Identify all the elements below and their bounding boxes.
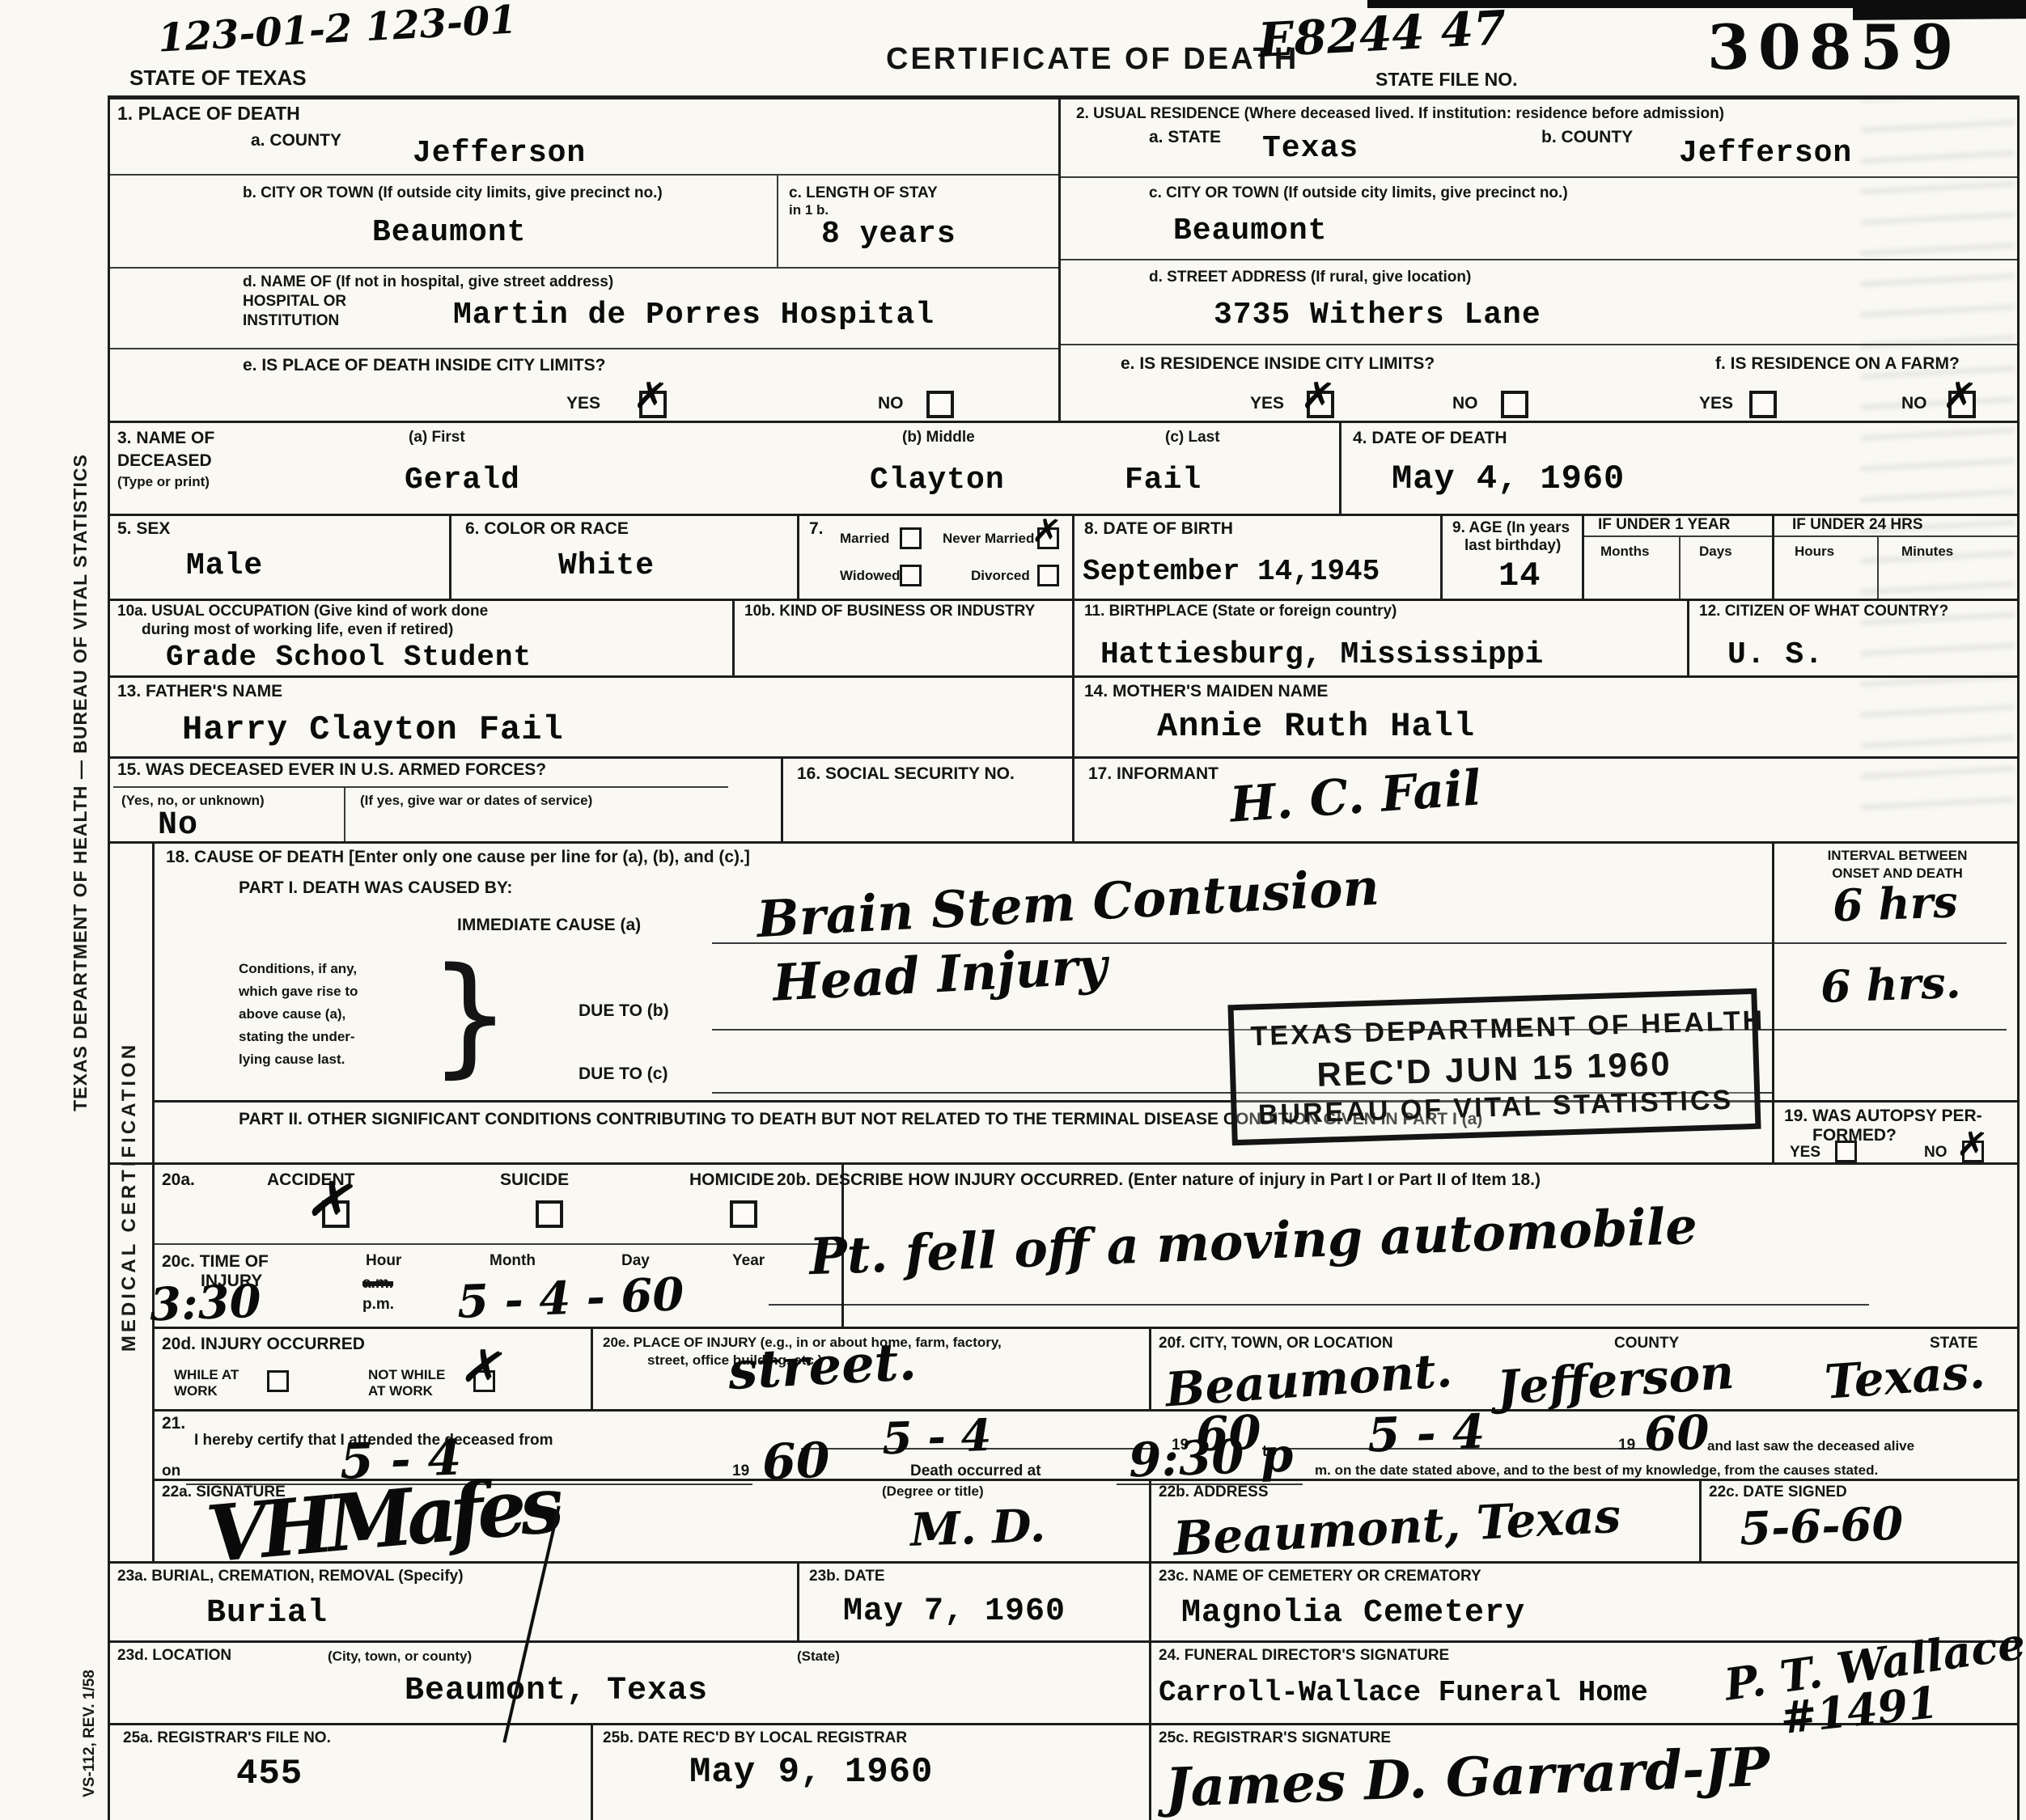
due-to-c-label: DUE TO (c)	[579, 1064, 668, 1084]
marital-label: 7.	[809, 519, 824, 539]
sex-label: 5. SEX	[117, 519, 170, 539]
conditions-brace: }	[429, 950, 511, 1080]
received-stamp: TEXAS DEPARTMENT OF HEALTH REC'D JUN 15 …	[1227, 988, 1761, 1145]
cemetery-label: 23c. NAME OF CEMETERY OR CREMATORY	[1159, 1568, 1481, 1585]
date-of-death-value: May 4, 1960	[1392, 459, 1625, 498]
res-county-label: b. COUNTY	[1541, 128, 1633, 147]
res-farm-no-mark: ✗	[1941, 375, 1979, 417]
ssn-label: 16. SOCIAL SECURITY NO.	[797, 764, 1015, 784]
place-of-injury-value: street.	[727, 1331, 918, 1402]
if-under-1-year-label: IF UNDER 1 YEAR	[1598, 516, 1730, 533]
name-label-2: DECEASED	[117, 451, 212, 471]
armed-forces-sub-2: (If yes, give war or dates of service)	[360, 793, 592, 808]
mother-name-value: Annie Ruth Hall	[1157, 707, 1475, 746]
bleed-through-smudge	[1861, 97, 2015, 825]
hour-label: Hour	[366, 1252, 401, 1269]
age-label-1: 9. AGE (In years	[1452, 519, 1570, 536]
widowed-label: Widowed	[840, 568, 900, 583]
burial-label: 23a. BURIAL, CREMATION, REMOVAL (Specify…	[117, 1568, 464, 1585]
certify-from-date: 5 - 4	[881, 1409, 992, 1465]
res-street-value: 3735 Withers Lane	[1214, 298, 1541, 332]
certificate-title: CERTIFICATE OF DEATH	[886, 42, 1299, 77]
never-married-mark: ✗	[1030, 513, 1063, 550]
burial-location-label: 23d. LOCATION	[117, 1647, 231, 1664]
divorced-checkbox	[1037, 565, 1059, 586]
certify-text-2: and last saw the deceased alive	[1707, 1438, 1914, 1454]
res-county-value: Jefferson	[1679, 136, 1852, 171]
physician-address-label: 22b. ADDRESS	[1159, 1484, 1269, 1500]
am-crossed-out: a.m.	[362, 1275, 393, 1292]
res-limits-no-label: NO	[1452, 394, 1478, 413]
suicide-checkbox	[536, 1200, 563, 1228]
res-street-label: d. STREET ADDRESS (If rural, give locati…	[1149, 269, 1471, 286]
burial-location-sub-2: (State)	[797, 1649, 840, 1664]
length-of-stay-label: c. LENGTH OF STAY	[789, 184, 938, 201]
pod-city-label: b. CITY OR TOWN (If outside city limits,…	[243, 184, 663, 201]
autopsy-yes-label: YES	[1790, 1144, 1820, 1161]
cause-of-death-label: 18. CAUSE OF DEATH [Enter only one cause…	[166, 848, 750, 867]
last-name-value: Fail	[1125, 463, 1202, 497]
res-farm-yes-label: YES	[1699, 394, 1733, 413]
while-at-work-checkbox	[267, 1370, 289, 1392]
armed-forces-sub-1: (Yes, no, or unknown)	[121, 793, 265, 808]
certify-on-label: on	[162, 1462, 180, 1479]
usual-residence-title: 2. USUAL RESIDENCE (Where deceased lived…	[1076, 105, 1724, 122]
interval-b-value: 6 hrs.	[1820, 956, 1961, 1013]
date-received-label: 25b. DATE REC'D BY LOCAL REGISTRAR	[603, 1729, 907, 1746]
mother-name-label: 14. MOTHER'S MAIDEN NAME	[1084, 682, 1328, 701]
armed-forces-label: 15. WAS DECEASED EVER IN U.S. ARMED FORC…	[117, 760, 546, 780]
months-label: Months	[1600, 544, 1649, 559]
sex-value: Male	[186, 548, 263, 583]
pod-limits-no-checkbox	[926, 391, 954, 418]
never-married-label: Never Married	[943, 531, 1034, 546]
pod-limits-yes-label: YES	[566, 394, 600, 413]
length-of-stay-value: 8 years	[821, 217, 956, 252]
pod-limits-yes-mark: ✗	[632, 375, 670, 417]
autopsy-label-1: 19. WAS AUTOPSY PER-	[1784, 1107, 1982, 1126]
burial-value: Burial	[206, 1595, 328, 1632]
name-label-1: 3. NAME OF	[117, 429, 214, 448]
burial-location-sub-1: (City, town, or county)	[328, 1649, 472, 1664]
stamped-file-number: 30859	[1707, 11, 1961, 83]
form-code-text: VS-112, REV. 1/58	[81, 1649, 99, 1818]
res-limits-no-checkbox	[1501, 391, 1528, 418]
autopsy-yes-checkbox	[1835, 1141, 1857, 1162]
length-of-stay-sub: in 1 b.	[789, 202, 829, 218]
middle-name-label: (b) Middle	[902, 429, 975, 446]
certify-19-prefix-3: 19	[732, 1462, 749, 1479]
injury-20a-label: 20a.	[162, 1170, 195, 1190]
state-of-texas-label: STATE OF TEXAS	[129, 66, 307, 90]
date-signed-value: 5-6-60	[1739, 1496, 1905, 1555]
age-value: 14	[1498, 557, 1541, 595]
occupation-label-2: during most of working life, even if ret…	[142, 621, 453, 638]
last-name-label: (c) Last	[1165, 429, 1220, 446]
conditions-note-2: which gave rise to	[239, 984, 358, 999]
certify-text-3: m. on the date stated above, and to the …	[1315, 1462, 1878, 1478]
autopsy-no-label: NO	[1924, 1144, 1948, 1161]
occupation-label-1: 10a. USUAL OCCUPATION (Give kind of work…	[117, 603, 488, 620]
registrar-file-no-label: 25a. REGISTRAR'S FILE NO.	[123, 1729, 331, 1746]
res-city-limits-label: e. IS RESIDENCE INSIDE CITY LIMITS?	[1121, 354, 1435, 374]
citizen-label: 12. CITIZEN OF WHAT COUNTRY?	[1699, 603, 1948, 620]
father-name-value: Harry Clayton Fail	[182, 710, 564, 749]
race-label: 6. COLOR OR RACE	[465, 519, 629, 539]
while-at-work-label-1: WHILE AT	[174, 1367, 239, 1382]
certify-year-3: 60	[761, 1433, 831, 1492]
pm-label: p.m.	[362, 1296, 394, 1313]
pod-county-label: a. COUNTY	[251, 131, 341, 150]
informant-signature: H. C. Fail	[1228, 760, 1483, 834]
date-of-birth-value: September 14,1945	[1083, 555, 1380, 588]
pod-county-value: Jefferson	[413, 136, 586, 171]
married-checkbox	[900, 527, 922, 549]
injury-20c-label-1: 20c. TIME OF	[162, 1252, 269, 1272]
informant-label: 17. INFORMANT	[1088, 764, 1219, 784]
burial-date-label: 23b. DATE	[809, 1568, 885, 1585]
first-name-value: Gerald	[405, 463, 520, 497]
hospital-label-1: d. NAME OF (If not in hospital, give str…	[243, 273, 613, 290]
res-limits-yes-mark: ✗	[1299, 375, 1337, 417]
homicide-label: HOMICIDE	[689, 1170, 774, 1190]
funeral-director-label: 24. FUNERAL DIRECTOR'S SIGNATURE	[1159, 1647, 1449, 1664]
armed-forces-value: No	[158, 807, 198, 844]
immediate-cause-label: IMMEDIATE CAUSE (a)	[457, 916, 641, 935]
registrar-signature: James D. Garrard-JP	[1164, 1735, 1771, 1819]
hospital-label-3: INSTITUTION	[243, 312, 339, 329]
year-label: Year	[732, 1252, 765, 1269]
due-to-b-label: DUE TO (b)	[579, 1001, 669, 1021]
age-label-2: last birthday)	[1464, 537, 1561, 554]
not-while-at-work-label-2: AT WORK	[368, 1383, 433, 1399]
certify-to-date: 5 - 4	[1367, 1403, 1486, 1462]
certify-21-label: 21.	[162, 1414, 185, 1433]
part1-label: PART I. DEATH WAS CAUSED BY:	[239, 878, 512, 898]
middle-name-value: Clayton	[870, 463, 1005, 497]
if-under-24-hrs-label: IF UNDER 24 HRS	[1792, 516, 1923, 533]
hospital-value: Martin de Porres Hospital	[453, 298, 935, 332]
injury-description-value: Pt. fell off a moving automobile	[808, 1196, 1698, 1286]
birthplace-label: 11. BIRTHPLACE (State or foreign country…	[1084, 603, 1397, 620]
burial-location-value: Beaumont, Texas	[405, 1673, 708, 1709]
state-file-no-label: STATE FILE NO.	[1375, 70, 1517, 91]
occupation-value: Grade School Student	[166, 641, 532, 674]
date-of-birth-label: 8. DATE OF BIRTH	[1084, 519, 1233, 539]
certify-year-2: 60	[1643, 1405, 1710, 1462]
res-farm-yes-checkbox	[1749, 391, 1777, 418]
certify-19-prefix-2: 19	[1618, 1437, 1635, 1454]
first-name-label: (a) First	[409, 429, 465, 446]
res-city-value: Beaumont	[1173, 214, 1327, 248]
handwritten-code: 123-01-2 123-01	[157, 0, 518, 61]
res-city-label: c. CITY OR TOWN (If outside city limits,…	[1149, 184, 1568, 201]
immediate-cause-value: Brain Stem Contusion	[756, 857, 1381, 949]
date-received-value: May 9, 1960	[689, 1752, 933, 1792]
divorced-label: Divorced	[971, 568, 1030, 583]
certify-death-time: 9:30 p	[1128, 1427, 1294, 1488]
while-at-work-label-2: WORK	[174, 1383, 218, 1399]
injury-20b-label: 20b. DESCRIBE HOW INJURY OCCURRED. (Ente…	[777, 1170, 1541, 1190]
conditions-note-3: above cause (a),	[239, 1006, 345, 1022]
certify-occurred-label: Death occurred at	[910, 1462, 1041, 1479]
industry-label: 10b. KIND OF BUSINESS OR INDUSTRY	[744, 603, 1035, 620]
suicide-label: SUICIDE	[500, 1170, 569, 1190]
funeral-home-value: Carroll-Wallace Funeral Home	[1159, 1676, 1648, 1709]
conditions-note-4: stating the under-	[239, 1029, 355, 1044]
days-label: Days	[1699, 544, 1732, 559]
due-to-b-value: Head Injury	[771, 936, 1108, 1013]
medical-certification-margin-text: MEDICAL CERTIFICATION	[118, 936, 141, 1458]
pod-city-limits-label: e. IS PLACE OF DEATH INSIDE CITY LIMITS?	[243, 356, 605, 375]
not-while-at-work-label-1: NOT WHILE	[368, 1367, 445, 1382]
father-name-label: 13. FATHER'S NAME	[117, 682, 282, 701]
injury-20d-label: 20d. INJURY OCCURRED	[162, 1335, 365, 1354]
race-value: White	[558, 548, 655, 583]
conditions-note-1: Conditions, if any,	[239, 961, 357, 976]
autopsy-no-mark: ✗	[1955, 1126, 1990, 1166]
not-while-at-work-mark: ✗	[457, 1339, 510, 1398]
homicide-checkbox	[730, 1200, 757, 1228]
death-certificate-scan: 123-01-2 123-01 STATE OF TEXAS CERTIFICA…	[0, 0, 2026, 1820]
injury-time-value: 3:30	[149, 1275, 262, 1332]
pod-limits-no-label: NO	[878, 394, 904, 413]
registrar-signature-label: 25c. REGISTRAR'S SIGNATURE	[1159, 1729, 1391, 1746]
degree-value: M. D.	[909, 1499, 1046, 1557]
registrar-file-no-value: 455	[236, 1754, 303, 1794]
date-of-death-label: 4. DATE OF DEATH	[1353, 429, 1507, 448]
interval-a-value: 6 hrs	[1832, 875, 1959, 931]
hours-label: Hours	[1795, 544, 1834, 559]
widowed-checkbox	[900, 565, 922, 586]
burial-date-value: May 7, 1960	[843, 1594, 1066, 1630]
birthplace-value: Hattiesburg, Mississippi	[1100, 637, 1543, 672]
married-label: Married	[840, 531, 889, 546]
injury-state-value: Texas.	[1823, 1344, 1987, 1410]
handwritten-file-number: E8244 47	[1257, 0, 1507, 68]
res-farm-label: f. IS RESIDENCE ON A FARM?	[1715, 354, 1960, 374]
left-margin-agency-text: TEXAS DEPARTMENT OF HEALTH — BUREAU OF V…	[70, 218, 91, 1347]
name-label-3: (Type or print)	[117, 474, 210, 489]
minutes-label: Minutes	[1901, 544, 1953, 559]
pod-city-value: Beaumont	[372, 215, 526, 250]
month-label: Month	[490, 1252, 536, 1269]
citizen-value: U. S.	[1727, 637, 1824, 672]
hospital-label-2: HOSPITAL OR	[243, 293, 346, 310]
res-farm-no-label: NO	[1901, 394, 1927, 413]
degree-label: (Degree or title)	[882, 1484, 984, 1499]
cemetery-value: Magnolia Cemetery	[1181, 1595, 1525, 1632]
res-limits-yes-label: YES	[1250, 394, 1284, 413]
res-state-label: a. STATE	[1149, 128, 1221, 147]
conditions-note-5: lying cause last.	[239, 1052, 345, 1067]
injury-date-value: 5 - 4 - 60	[456, 1268, 685, 1329]
interval-header-1: INTERVAL BETWEEN	[1780, 848, 2015, 863]
place-of-death-title: 1. PLACE OF DEATH	[117, 104, 300, 125]
day-label: Day	[621, 1252, 650, 1269]
date-signed-label: 22c. DATE SIGNED	[1709, 1484, 1847, 1500]
res-state-value: Texas	[1262, 131, 1358, 166]
